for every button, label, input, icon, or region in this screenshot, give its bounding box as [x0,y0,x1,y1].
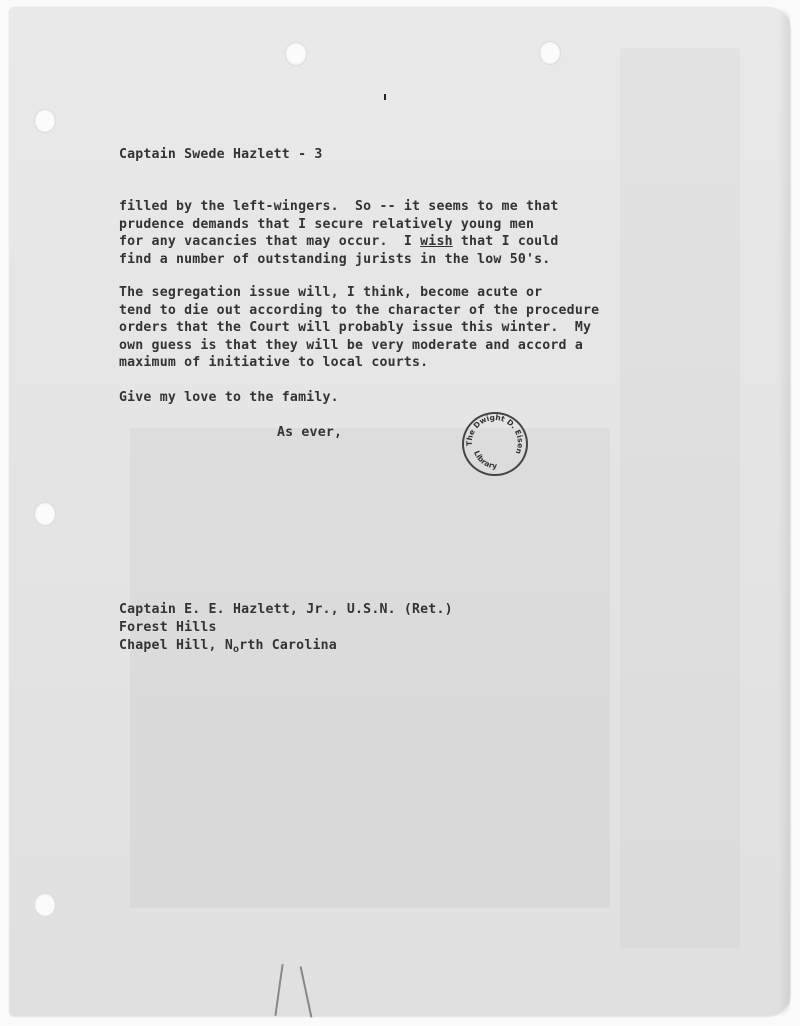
punch-hole [539,41,561,65]
paragraph-1-line: that I could [453,234,559,249]
svg-text:The Dwight D. Eisenhower: The Dwight D. Eisenhower [462,412,525,455]
signoff: As ever, [277,424,342,442]
recipient-city: Chapel Hill, North Carolina [119,637,337,659]
punch-hole [34,109,56,133]
svg-text:Library: Library [472,449,497,470]
paragraph-1-line: prudence demands that I secure relativel… [119,217,534,232]
underlined-word: wish [420,234,453,249]
library-stamp: The Dwight D. Eisenhower Library [462,412,528,476]
punch-hole [34,893,56,917]
paragraph-2-line: The segregation issue will, I think, bec… [119,285,542,300]
paragraph-2-line: orders that the Court will probably issu… [119,320,591,335]
scan-shadow [620,48,740,948]
recipient-name: Captain E. E. Hazlett, Jr., U.S.N. (Ret.… [119,601,453,619]
paragraph-1-line: filled by the left-wingers. So -- it see… [119,199,559,214]
bleed-through-area [130,428,610,908]
ink-mark [384,94,386,100]
city-prefix: Chapel Hill, N [119,638,233,653]
paragraph-1: filled by the left-wingers. So -- it see… [119,198,559,268]
closing-line: Give my love to the family. [119,389,339,407]
stamp-ring-text: The Dwight D. Eisenhower Library [462,412,528,476]
paragraph-2-line: maximum of initiative to local courts. [119,355,428,370]
city-suffix: rth Carolina [239,638,337,653]
punch-hole [285,42,307,66]
paragraph-1-line: for any vacancies that may occur. I [119,234,420,249]
recipient-street: Forest Hills [119,619,217,637]
punch-hole [34,502,56,526]
paragraph-1-line: find a number of outstanding jurists in … [119,252,550,267]
paragraph-2: The segregation issue will, I think, bec… [119,284,599,372]
letter-header: Captain Swede Hazlett - 3 [119,146,323,164]
paragraph-2-line: own guess is that they will be very mode… [119,338,583,353]
paragraph-2-line: tend to die out according to the charact… [119,303,599,318]
